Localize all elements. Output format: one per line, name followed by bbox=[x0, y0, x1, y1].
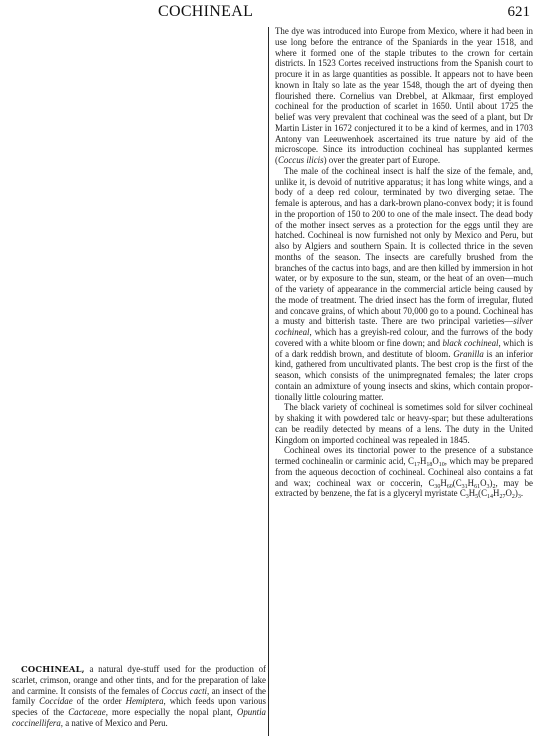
paragraph-adulteration: The black variety of cochineal is someti… bbox=[275, 402, 533, 445]
formula-coccerin: C30H60(C31H61O3)2 bbox=[428, 478, 495, 488]
running-title: COCHINEAL bbox=[158, 3, 253, 21]
paragraph-history: The dye was introduced into Europe from … bbox=[275, 26, 533, 166]
column-divider bbox=[268, 27, 269, 736]
running-head: COCHINEAL 621 bbox=[0, 3, 540, 23]
page-number: 621 bbox=[508, 4, 531, 21]
left-column: COCHINEAL, a natural dye-stuff used for … bbox=[12, 664, 266, 729]
paragraph-insect: The male of the cochineal insect is half… bbox=[275, 166, 533, 403]
formula-carminic-acid: C17H18O10 bbox=[408, 456, 445, 466]
formula-myristate: C3H5(C14H27O2)3 bbox=[460, 488, 521, 498]
right-column: The dye was introduced into Europe from … bbox=[275, 26, 533, 499]
paragraph-chemistry: Cochineal owes its tinctorial power to t… bbox=[275, 445, 533, 499]
paragraph-definition: COCHINEAL, a natural dye-stuff used for … bbox=[12, 664, 266, 729]
headword: COCHINEAL, bbox=[21, 664, 85, 674]
